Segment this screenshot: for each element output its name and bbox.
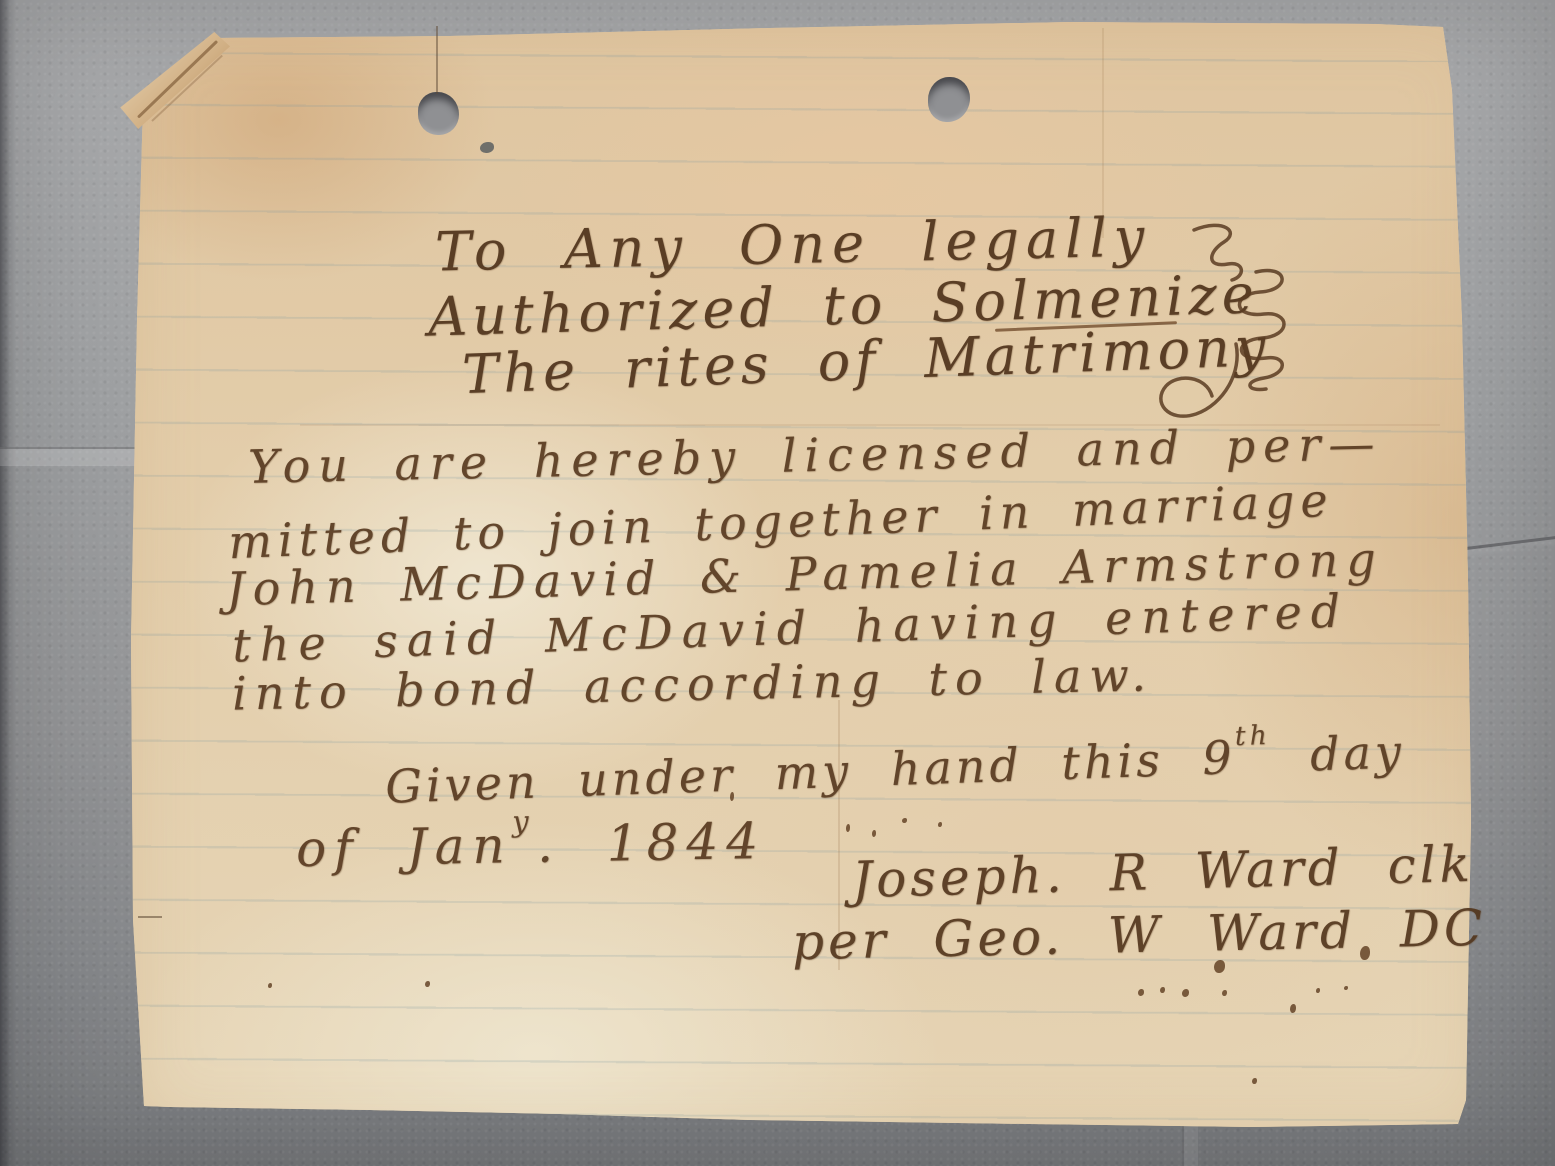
photo-background: To Any One legally Authorized to Solmeni… (0, 0, 1555, 1166)
date-ordinal: y (512, 804, 537, 838)
paper-edge-crack (138, 916, 162, 918)
date-text: of Jan (296, 816, 514, 878)
flourish-loop-icon (1150, 338, 1242, 422)
background-seam-right (1458, 536, 1555, 551)
date-suffix: . 1844 (536, 812, 766, 874)
date-line: of Jany. 1844 (296, 812, 767, 878)
background-seam-left (0, 447, 136, 466)
given-suffix: day (1270, 724, 1405, 783)
background-seam-bottom (1182, 1124, 1198, 1166)
background-shadow-edge (0, 0, 16, 1166)
given-ordinal: th (1234, 720, 1271, 752)
punch-hole-left (418, 92, 459, 135)
slit-tear (436, 26, 438, 94)
